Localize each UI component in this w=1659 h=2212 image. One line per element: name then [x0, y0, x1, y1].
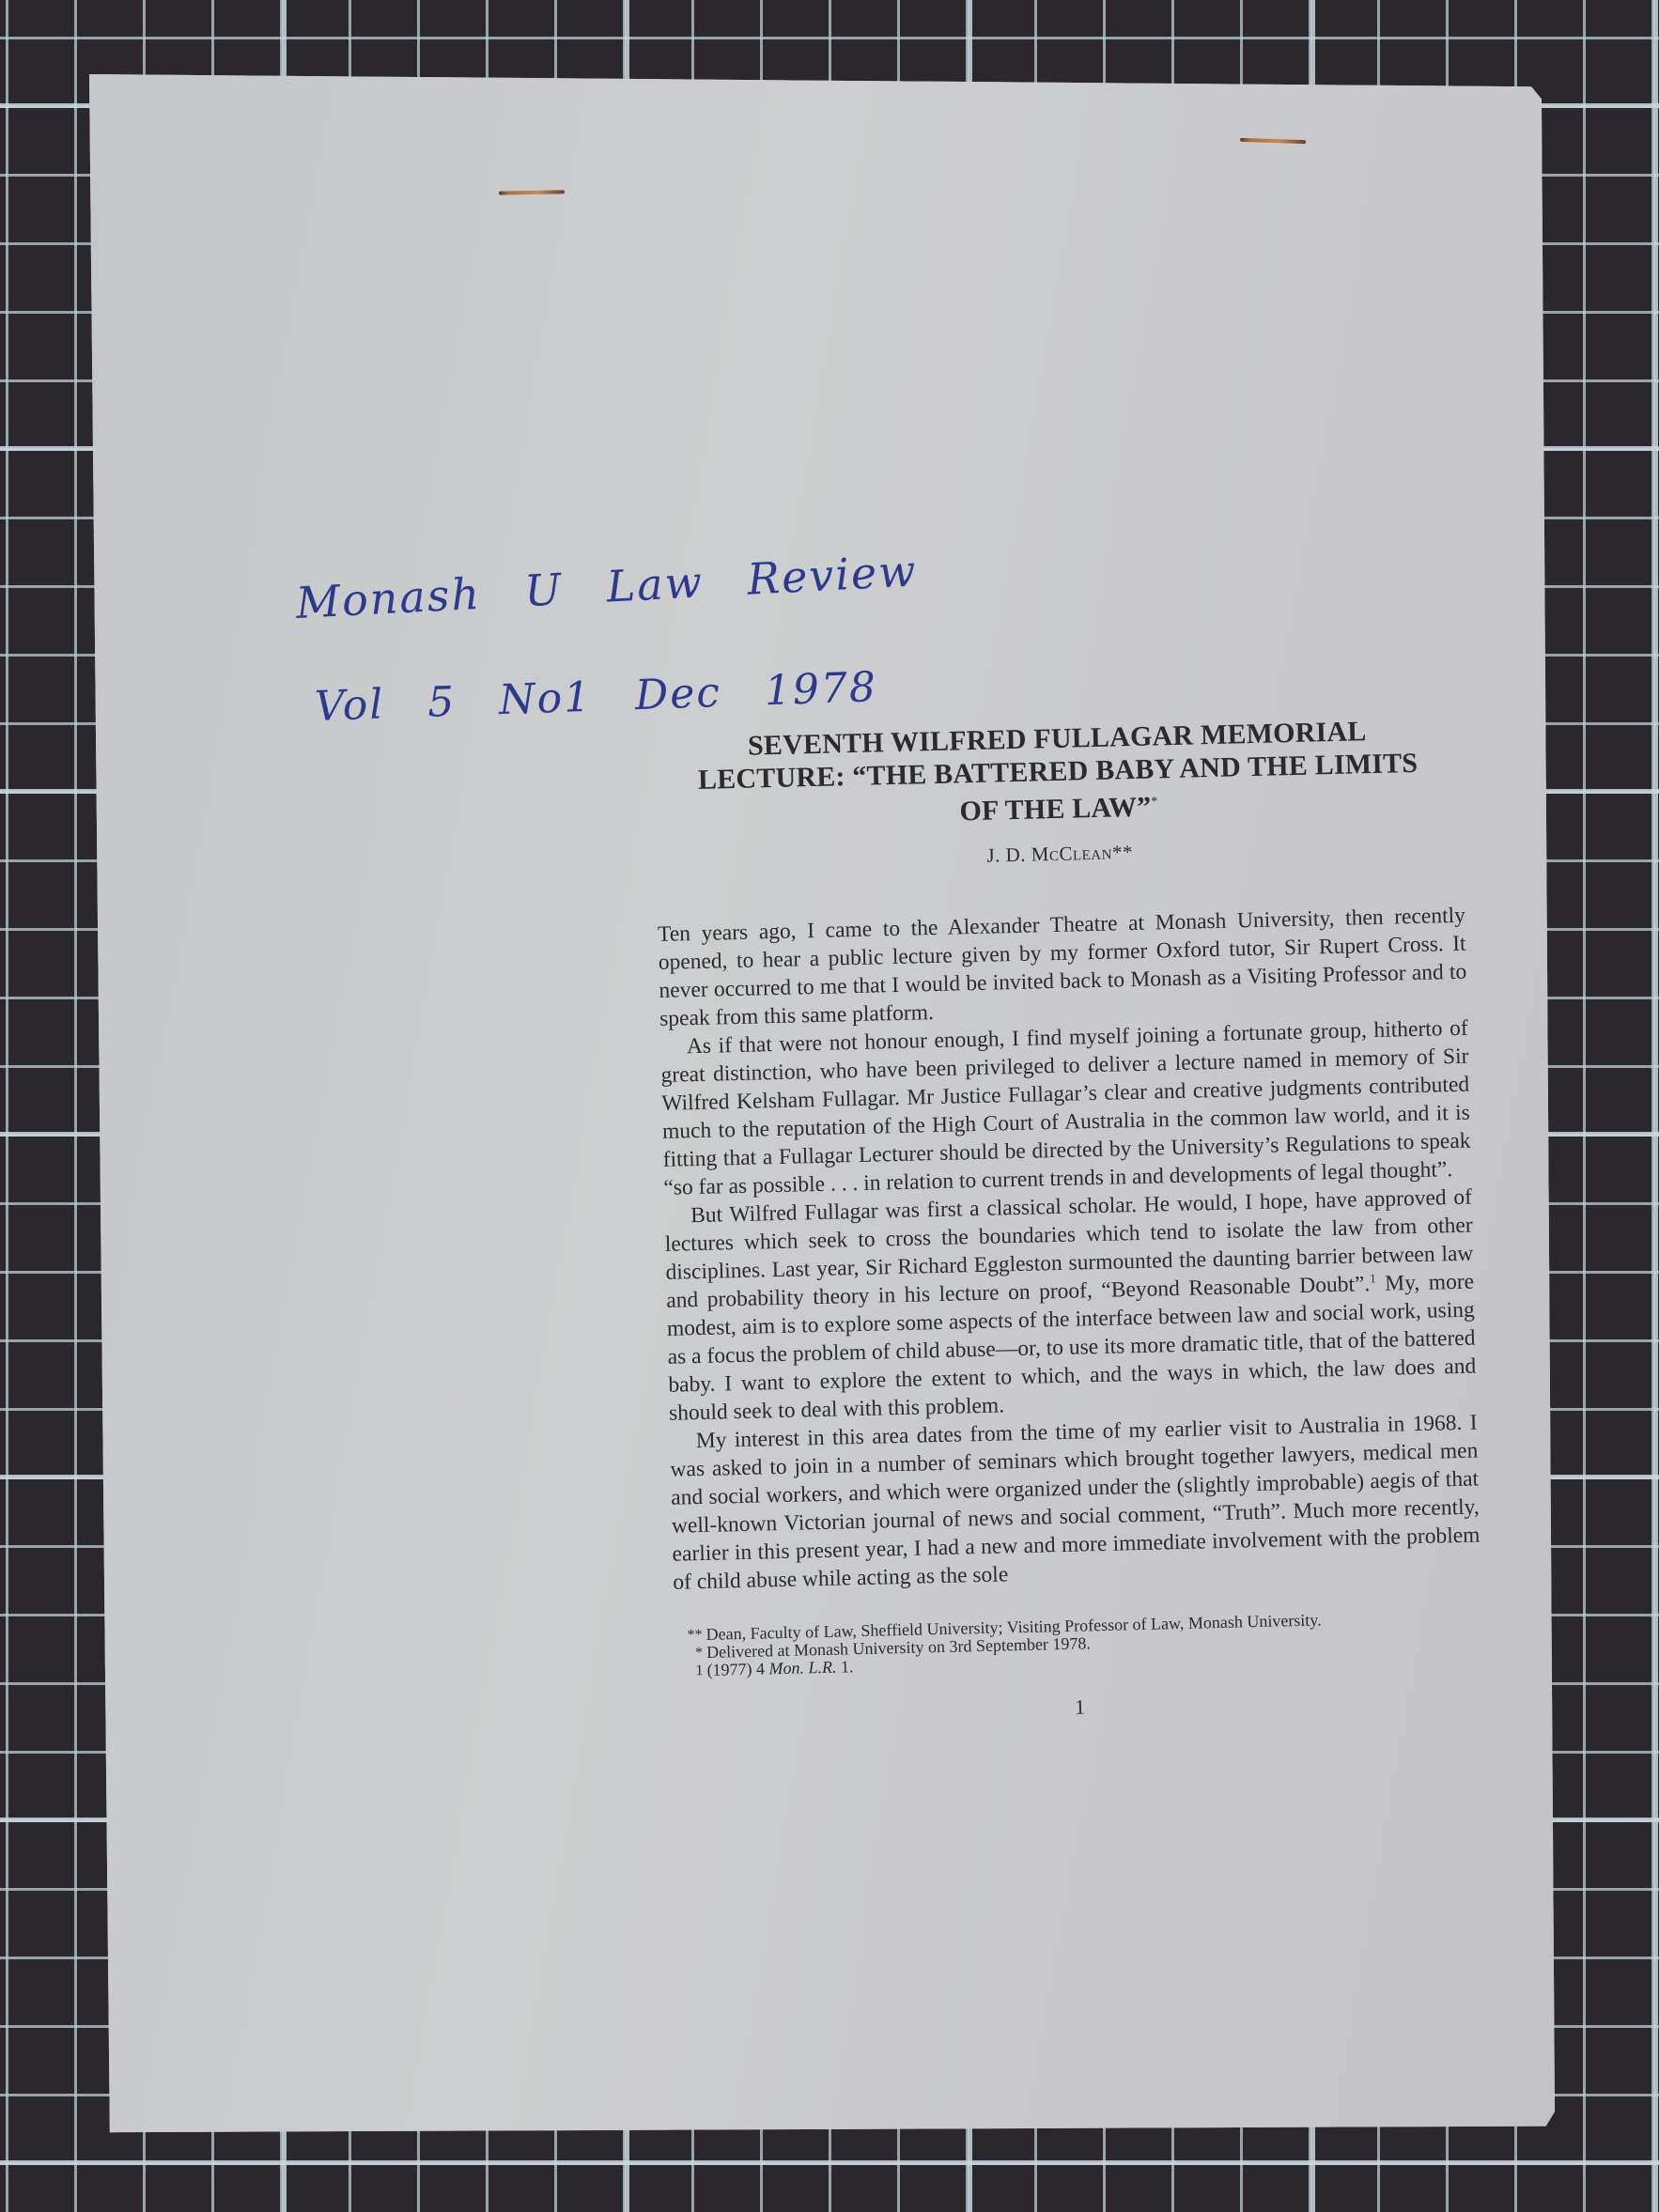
staple-mark-right — [1240, 138, 1306, 144]
paragraph-3: But Wilfred Fullagar was first a classic… — [664, 1183, 1477, 1428]
footnote-text: (1977) 4 — [706, 1659, 768, 1679]
handwritten-journal-name: Monash U Law Review — [295, 545, 919, 628]
paragraph-1: Ten years ago, I came to the Alexander T… — [658, 902, 1468, 1033]
article-title: SEVENTH WILFRED FULLAGAR MEMORIAL LECTUR… — [653, 713, 1463, 835]
author-byline: J. D. McClean** — [656, 833, 1464, 875]
footnote-mark: * — [678, 1644, 703, 1663]
footnote-mark: ** — [677, 1626, 702, 1645]
paragraph-3-text-a: But Wilfred Fullagar was first a classic… — [665, 1185, 1474, 1313]
article-body: Ten years ago, I came to the Alexander T… — [658, 902, 1481, 1597]
staple-mark-left — [499, 190, 565, 194]
handwritten-volume-info: Vol 5 No1 Dec 1978 — [314, 663, 878, 731]
document-page: Monash U Law Review Vol 5 No1 Dec 1978 S… — [89, 74, 1555, 2141]
footnote-mark: 1 — [678, 1662, 703, 1680]
author-footnote-mark: ** — [1112, 841, 1134, 864]
paragraph-2: As if that were not honour enough, I fin… — [660, 1014, 1472, 1202]
footnote-citation-italic: Mon. L.R. — [768, 1658, 836, 1678]
article: SEVENTH WILFRED FULLAGAR MEMORIAL LECTUR… — [653, 713, 1484, 1729]
page-number: 1 — [675, 1685, 1483, 1728]
paragraph-4: My interest in this area dates from the … — [669, 1409, 1481, 1597]
author-name: J. D. McClean — [986, 842, 1112, 867]
footnotes: ** Dean, Faculty of Law, Sheffield Unive… — [674, 1607, 1482, 1679]
footnote-text-end: 1. — [836, 1657, 853, 1676]
title-footnote-mark: * — [1151, 795, 1158, 809]
title-line-3: OF THE LAW” — [959, 792, 1152, 828]
